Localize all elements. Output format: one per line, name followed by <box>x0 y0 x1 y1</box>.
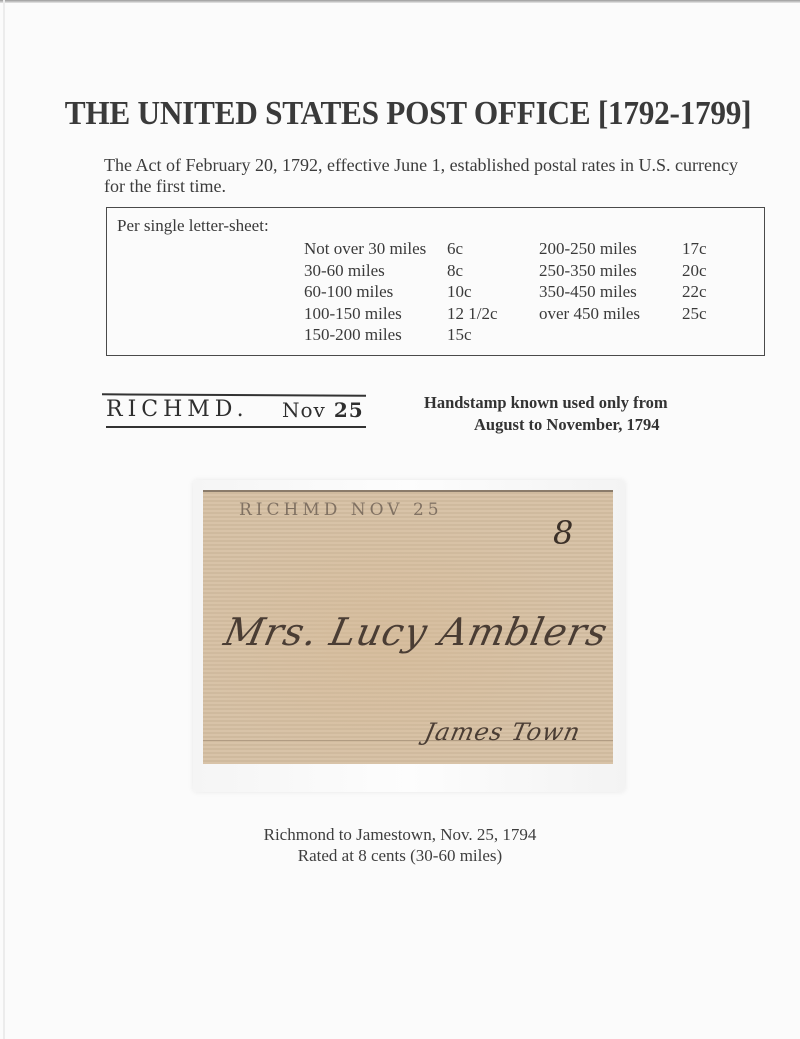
rate-distance: over 450 miles <box>539 303 640 324</box>
handstamp-town: RICHMD. <box>106 397 249 422</box>
caption-line2: Rated at 8 cents (30-60 miles) <box>0 845 800 866</box>
rate-distance: 150-200 miles <box>304 324 402 345</box>
handstamp-month: Nov <box>282 398 326 422</box>
cover-rate-mark: 8 <box>553 514 573 552</box>
handstamp-date: Nov25 <box>282 398 364 422</box>
handstamp-note-line2: August to November, 1794 <box>424 414 724 436</box>
rate-cost: 22c <box>682 281 707 302</box>
rate-distance: 30-60 miles <box>304 260 385 281</box>
caption-line1: Richmond to Jamestown, Nov. 25, 1794 <box>0 824 800 845</box>
intro-paragraph: The Act of February 20, 1792, effective … <box>104 155 744 197</box>
rate-cost: 6c <box>447 238 463 259</box>
rate-cost: 20c <box>682 260 707 281</box>
rate-distance: Not over 30 miles <box>304 238 426 259</box>
handstamp-note-line1: Handstamp known used only from <box>424 393 668 412</box>
handstamp-tracing: RICHMD. Nov25 <box>100 392 368 430</box>
cover-destination: James Town <box>422 718 583 746</box>
rate-table-label: Per single letter-sheet: <box>117 216 269 236</box>
rate-cost: 17c <box>682 238 707 259</box>
cover-caption: Richmond to Jamestown, Nov. 25, 1794 Rat… <box>0 824 800 866</box>
rate-distance: 60-100 miles <box>304 281 393 302</box>
rate-distance: 100-150 miles <box>304 303 402 324</box>
rate-distance: 350-450 miles <box>539 281 637 302</box>
handstamp-frame-bottom <box>106 426 366 428</box>
page-edge <box>0 0 800 3</box>
handstamp-note: Handstamp known used only from August to… <box>424 392 724 436</box>
page-title: THE UNITED STATES POST OFFICE [1792-1799… <box>33 95 784 133</box>
page-edge <box>3 0 5 1039</box>
rate-cost: 8c <box>447 260 463 281</box>
rate-cost: 15c <box>447 324 472 345</box>
cover-addressee: Mrs. Lucy Amblers <box>220 610 612 654</box>
cover-postmark: RICHMD NOV 25 <box>239 500 443 520</box>
rate-distance: 200-250 miles <box>539 238 637 259</box>
rate-distance: 250-350 miles <box>539 260 637 281</box>
handstamp-day: 25 <box>334 398 364 422</box>
rate-table: Per single letter-sheet: Not over 30 mil… <box>106 207 765 356</box>
postal-cover-image: RICHMD NOV 25 8 Mrs. Lucy Amblers James … <box>203 490 613 764</box>
rate-cost: 25c <box>682 303 707 324</box>
rate-cost: 10c <box>447 281 472 302</box>
rate-cost: 12 1/2c <box>447 303 498 324</box>
